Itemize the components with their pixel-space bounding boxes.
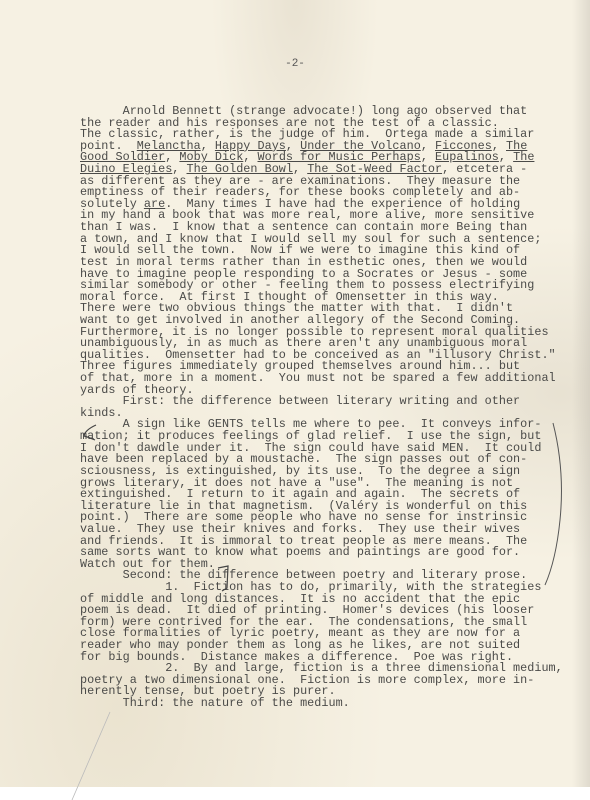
right-margin-line — [545, 423, 561, 585]
pen-annotations — [0, 0, 590, 800]
stray-pen-line — [72, 712, 110, 800]
closing-bracket-mark — [218, 566, 228, 591]
left-bracket-mark — [84, 425, 96, 440]
